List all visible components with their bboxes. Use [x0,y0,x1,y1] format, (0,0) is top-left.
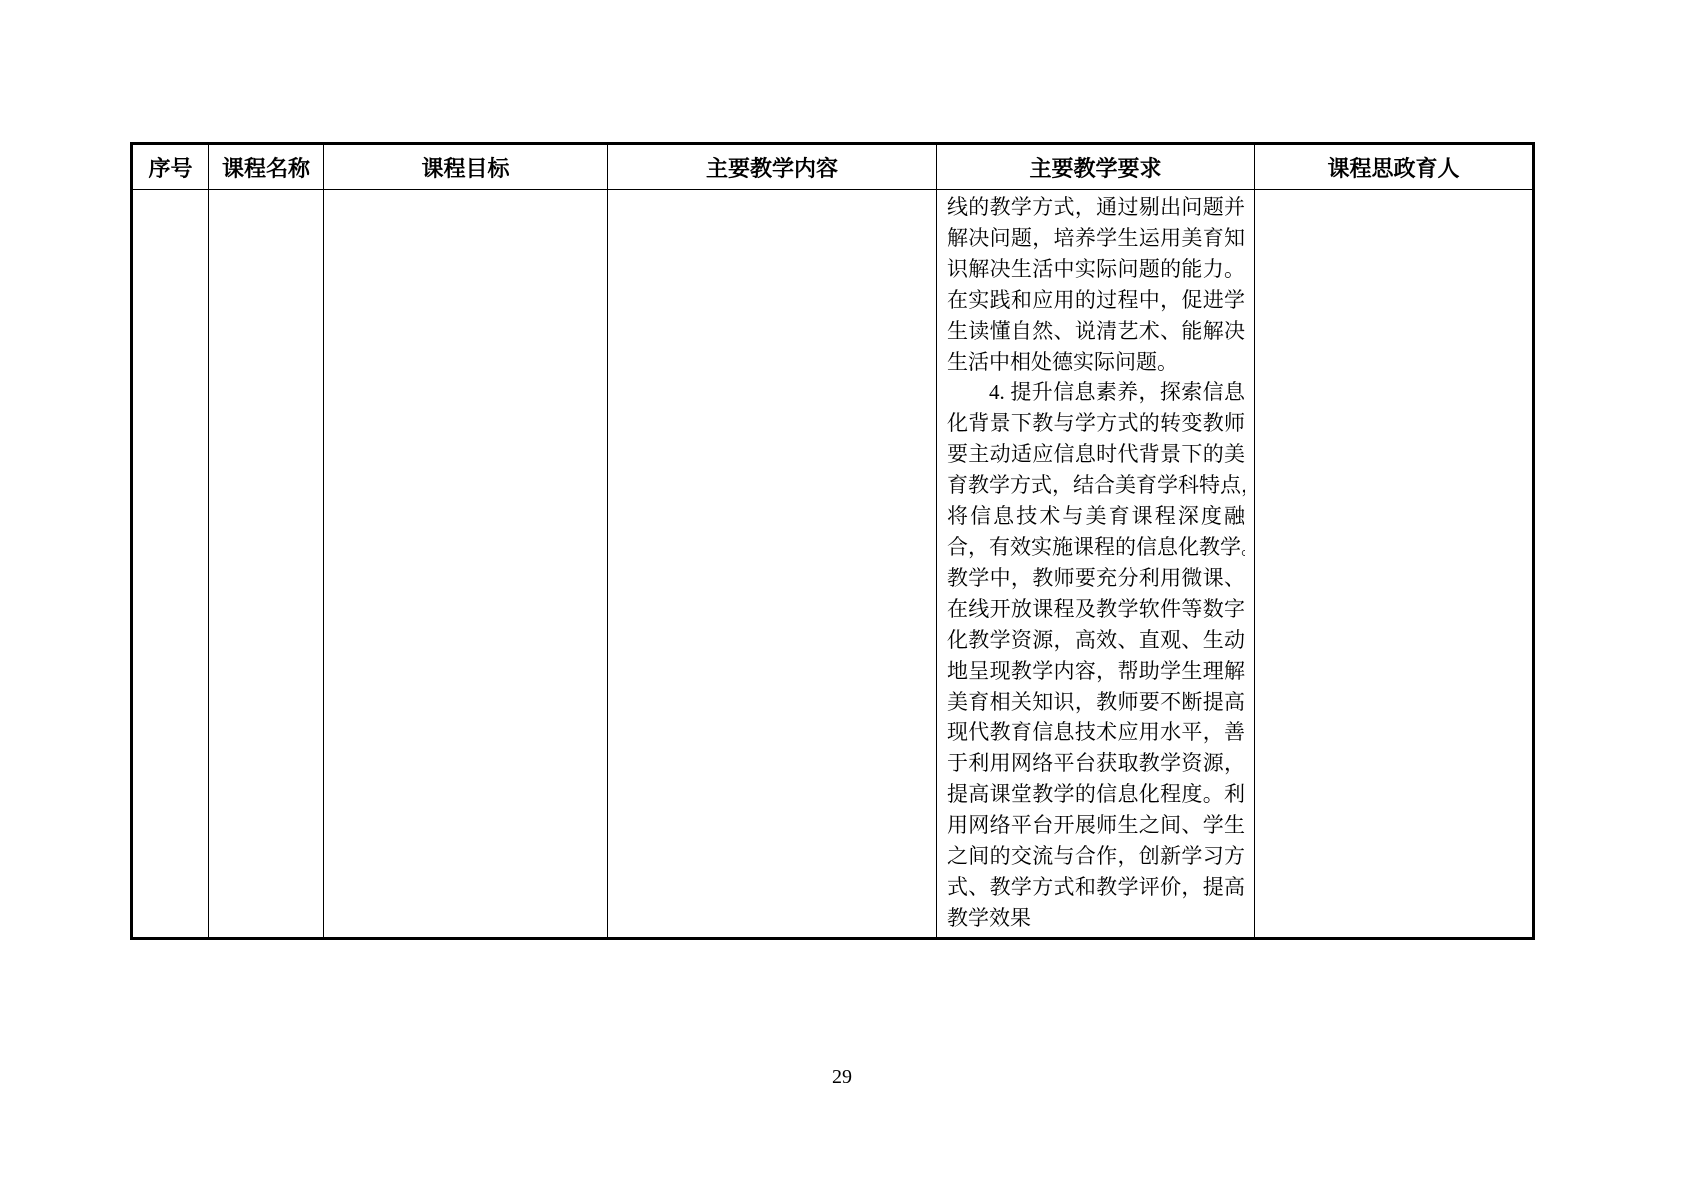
text-line: 之间的交流与合作，创新学习方 [947,841,1245,872]
text-line: 将信息技术与美育课程深度融 [947,501,1245,532]
text-line: 要主动适应信息时代背景下的美 [947,439,1245,470]
text-line: 4. 提升信息素养，探索信息 [947,377,1245,408]
text-line: 现代教育信息技术应用水平，善 [947,717,1245,748]
text-line: 化教学资源，高效、直观、生动 [947,625,1245,656]
header-kecheng-mingcheng: 课程名称 [209,144,324,190]
cell-kecheng-mubiao [324,190,608,939]
text-line: 美育相关知识，教师要不断提高 [947,687,1245,718]
cell-xuhao [132,190,209,939]
text-line: 生读懂自然、说清艺术、能解决 [947,316,1245,347]
header-zhuyao-jiaoxue-yaoqiu: 主要教学要求 [937,144,1255,190]
document-page: 序号 课程名称 课程目标 主要教学内容 主要教学要求 课程思政育人 线的教学方式… [0,0,1684,1191]
text-line: 地呈现教学内容，帮助学生理解 [947,656,1245,687]
cell-kecheng-mingcheng [209,190,324,939]
cell-zhuyao-jiaoxue-neirong [608,190,937,939]
header-kecheng-mubiao: 课程目标 [324,144,608,190]
header-xuhao: 序号 [132,144,209,190]
text-line: 解决问题，培养学生运用美育知 [947,223,1245,254]
text-line: 提高课堂教学的信息化程度。利 [947,779,1245,810]
page-number: 29 [0,1066,1684,1089]
header-zhuyao-jiaoxue-neirong: 主要教学内容 [608,144,937,190]
text-line: 教学效果 [947,903,1245,934]
cell-kecheng-sizheng-yuren [1255,190,1534,939]
course-syllabus-table: 序号 课程名称 课程目标 主要教学内容 主要教学要求 课程思政育人 线的教学方式… [130,142,1535,940]
header-kecheng-sizheng-yuren: 课程思政育人 [1255,144,1534,190]
text-line: 育教学方式，结合美育学科特点， [947,470,1245,501]
text-line: 生活中相处德实际问题。 [947,347,1245,378]
text-line: 在实践和应用的过程中，促进学 [947,285,1245,316]
text-line: 于利用网络平台获取教学资源， [947,748,1245,779]
text-line: 识解决生活中实际问题的能力。 [947,254,1245,285]
text-line: 合，有效实施课程的信息化教学。 [947,532,1245,563]
text-line: 在线开放课程及教学软件等数字 [947,594,1245,625]
cell-zhuyao-jiaoxue-yaoqiu: 线的教学方式，通过剔出问题并解决问题，培养学生运用美育知识解决生活中实际问题的能… [937,190,1255,939]
text-line: 化背景下教与学方式的转变教师 [947,408,1245,439]
text-line: 式、教学方式和教学评价，提高 [947,872,1245,903]
table-row: 线的教学方式，通过剔出问题并解决问题，培养学生运用美育知识解决生活中实际问题的能… [132,190,1534,939]
text-line: 线的教学方式，通过剔出问题并 [947,192,1245,223]
table-header-row: 序号 课程名称 课程目标 主要教学内容 主要教学要求 课程思政育人 [132,144,1534,190]
text-line: 用网络平台开展师生之间、学生 [947,810,1245,841]
text-line: 教学中，教师要充分利用微课、 [947,563,1245,594]
